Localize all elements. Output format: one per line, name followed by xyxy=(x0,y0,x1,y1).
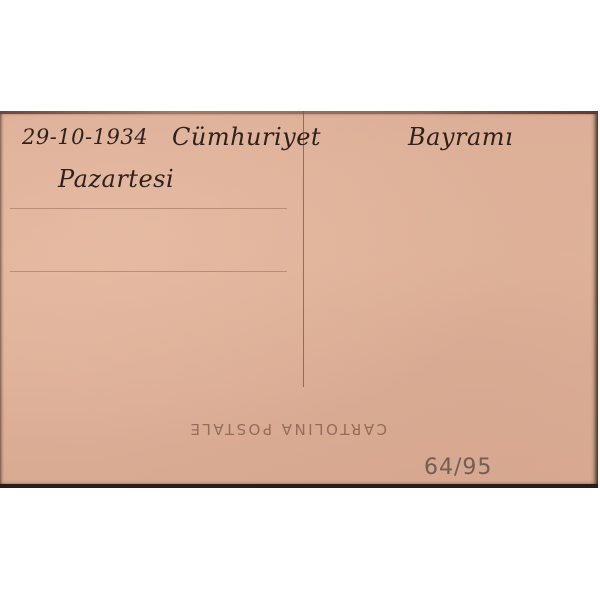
writing-line-2 xyxy=(10,271,287,272)
handwritten-day: Pazartesi xyxy=(58,165,174,193)
center-divider-line xyxy=(303,111,304,387)
writing-line-1 xyxy=(10,208,287,209)
printed-label-upside-down: CARTOLINA POSTALE xyxy=(188,420,387,438)
pencil-catalog-number: 64/95 xyxy=(424,455,492,480)
handwritten-title-word-2: Bayramı xyxy=(408,123,513,151)
postcard-back: 29-10-1934 Cümhuriyet Bayramı Pazartesi … xyxy=(0,111,598,488)
handwritten-date: 29-10-1934 xyxy=(22,125,148,149)
handwritten-title-word-1: Cümhuriyet xyxy=(172,123,321,151)
